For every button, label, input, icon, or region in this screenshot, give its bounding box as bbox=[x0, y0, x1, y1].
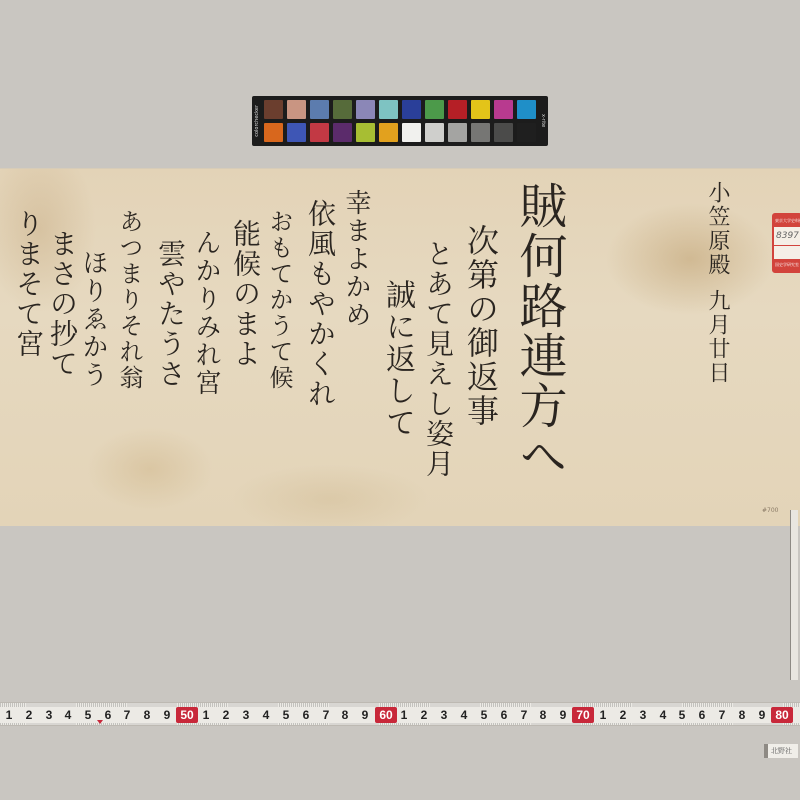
ruler-major-label: 70 bbox=[572, 707, 594, 723]
ruler-label: 1 bbox=[2, 707, 16, 723]
ruler-label: 9 bbox=[755, 707, 769, 723]
ruler-label: 8 bbox=[338, 707, 352, 723]
text-column: 九月廿日 bbox=[702, 289, 733, 385]
text-column: 賊何路連方へ bbox=[505, 181, 574, 481]
color-swatch bbox=[425, 123, 444, 142]
paper-edge-strip bbox=[790, 510, 798, 680]
ruler-label: 1 bbox=[397, 707, 411, 723]
checker-brand-right: x-rite bbox=[538, 96, 548, 146]
ruler-label: 4 bbox=[457, 707, 471, 723]
ruler-label: 4 bbox=[259, 707, 273, 723]
measuring-ruler: 1234567895012345678960123456789701234567… bbox=[0, 702, 800, 726]
sticker-blank bbox=[774, 246, 800, 259]
ruler-label: 6 bbox=[695, 707, 709, 723]
color-swatch bbox=[287, 123, 306, 142]
ruler-label: 4 bbox=[61, 707, 75, 723]
sticker-number: 8397 bbox=[774, 227, 800, 246]
text-column: りまそて宮 bbox=[8, 209, 48, 359]
ruler-label: 8 bbox=[140, 707, 154, 723]
document-paper: 小笠原殿九月廿日賊何路連方へ次第の御返事とあて見えし姿月誠に返して幸まよかめ依風… bbox=[0, 168, 800, 526]
ruler-major-label: 50 bbox=[176, 707, 198, 723]
color-swatch bbox=[287, 100, 306, 119]
ruler-label: 2 bbox=[417, 707, 431, 723]
owner-tag: 北野社 bbox=[764, 744, 798, 758]
ruler-label: 4 bbox=[656, 707, 670, 723]
ruler-label: 5 bbox=[675, 707, 689, 723]
ruler-label: 6 bbox=[299, 707, 313, 723]
text-column: とあて見えし姿月 bbox=[418, 239, 458, 479]
ruler-label: 2 bbox=[219, 707, 233, 723]
color-swatch bbox=[264, 100, 283, 119]
color-swatch bbox=[379, 123, 398, 142]
text-column: 幸まよかめ bbox=[338, 189, 375, 329]
color-swatch bbox=[517, 123, 536, 142]
ruler-label: 9 bbox=[556, 707, 570, 723]
color-swatch bbox=[494, 123, 513, 142]
catalog-note: #700 bbox=[762, 507, 778, 514]
text-column: 次第の御返事 bbox=[458, 224, 504, 428]
text-column: んかりみれ宮 bbox=[188, 229, 225, 397]
text-column: 雲やたうさ bbox=[150, 239, 190, 389]
text-column: まさの抄て bbox=[42, 229, 82, 379]
text-column: 小笠原殿 bbox=[702, 181, 733, 277]
ruler-label: 2 bbox=[22, 707, 36, 723]
text-column: あつまりそれ翁 bbox=[112, 209, 147, 391]
ruler-label: 1 bbox=[199, 707, 213, 723]
color-swatch bbox=[448, 100, 467, 119]
color-checker-card: colorchecker x-rite bbox=[252, 96, 548, 146]
calligraphy-text: 小笠原殿九月廿日賊何路連方へ次第の御返事とあて見えし姿月誠に返して幸まよかめ依風… bbox=[0, 169, 800, 527]
ruler-label: 1 bbox=[596, 707, 610, 723]
text-column: 依風もやかくれ bbox=[300, 199, 340, 409]
archive-label-sticker: 東京大学史料編纂所 8397 国史学研究室 bbox=[772, 213, 800, 273]
ruler-label: 8 bbox=[735, 707, 749, 723]
color-swatch bbox=[264, 123, 283, 142]
color-swatch bbox=[379, 100, 398, 119]
color-swatch bbox=[402, 123, 421, 142]
ruler-major-label: 60 bbox=[375, 707, 397, 723]
color-swatch bbox=[471, 123, 490, 142]
sticker-top-band: 東京大学史料編纂所 bbox=[774, 215, 800, 227]
color-swatch bbox=[333, 123, 352, 142]
ruler-label: 6 bbox=[497, 707, 511, 723]
ruler-labels: 1234567895012345678960123456789701234567… bbox=[0, 707, 800, 723]
color-swatch bbox=[356, 123, 375, 142]
ruler-label: 3 bbox=[42, 707, 56, 723]
color-swatch bbox=[310, 100, 329, 119]
ruler-label: 6 bbox=[101, 707, 115, 723]
ruler-label: 7 bbox=[319, 707, 333, 723]
text-column: おもてかうて候 bbox=[262, 209, 297, 391]
text-column: 誠に返して bbox=[375, 279, 419, 439]
ruler-label: 5 bbox=[81, 707, 95, 723]
ruler-label: 9 bbox=[160, 707, 174, 723]
color-swatch bbox=[333, 100, 352, 119]
ruler-label: 5 bbox=[279, 707, 293, 723]
ruler-label: 2 bbox=[616, 707, 630, 723]
ruler-label: 5 bbox=[477, 707, 491, 723]
ruler-label: 3 bbox=[636, 707, 650, 723]
ruler-label: 3 bbox=[239, 707, 253, 723]
sticker-bottom-band: 国史学研究室 bbox=[774, 259, 800, 271]
checker-brand-left: colorchecker bbox=[252, 96, 262, 146]
color-swatch bbox=[356, 100, 375, 119]
ruler-marker-icon bbox=[97, 720, 103, 724]
ruler-major-label: 80 bbox=[771, 707, 793, 723]
color-swatch bbox=[471, 100, 490, 119]
color-swatch bbox=[494, 100, 513, 119]
ruler-label: 3 bbox=[437, 707, 451, 723]
ruler-label: 7 bbox=[120, 707, 134, 723]
color-swatch-grid bbox=[262, 96, 538, 146]
ruler-label: 9 bbox=[358, 707, 372, 723]
text-column: 能候のまよ bbox=[225, 219, 265, 369]
color-swatch bbox=[517, 100, 536, 119]
color-swatch bbox=[310, 123, 329, 142]
color-swatch bbox=[402, 100, 421, 119]
ruler-label: 8 bbox=[536, 707, 550, 723]
color-swatch bbox=[448, 123, 467, 142]
color-swatch bbox=[425, 100, 444, 119]
ruler-label: 7 bbox=[715, 707, 729, 723]
ruler-label: 7 bbox=[517, 707, 531, 723]
